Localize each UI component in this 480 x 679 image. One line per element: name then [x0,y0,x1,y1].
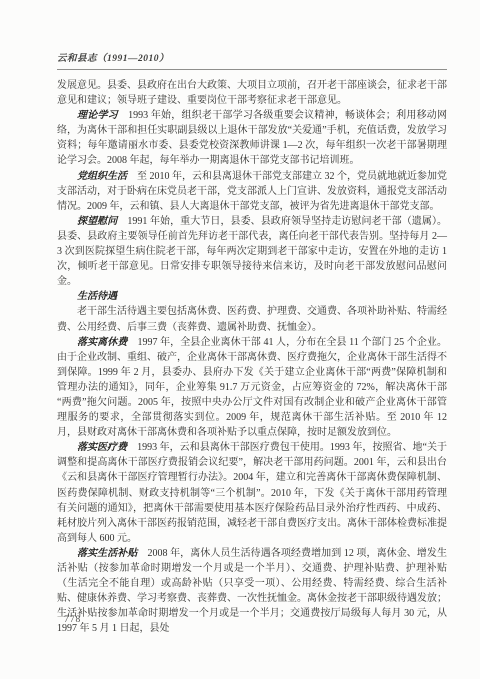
paragraph-lead-in: 理论学习 [77,110,118,121]
page-body-text: 发展意见。县委、县政府在出台大政策、大项目立项前，召开老干部座谈会，征求老干部意… [57,78,447,636]
heading-living-treatment: 生活待遇 [57,289,447,304]
paragraph-lead-in: 落实医疗费 [77,442,127,453]
para-implement-retirement-pay: 落实离休费 1997 年，全县企业离休干部 41 人，分布在全县 11 个部门 … [57,335,447,441]
paragraph-lead-in: 落实离休费 [77,337,127,348]
paragraph-lead-in: 探望慰问 [77,216,117,227]
page-number: 778 [64,615,81,625]
scanned-gazette-page: 云和县志（1991—2010） 发展意见。县委、县政府在出台大政策、大项目立项前… [0,0,480,679]
para-implement-living-subsidy: 落实生活补贴 2008 年，离休人员生活待遇各项经费增加到 12 项，离休金、增… [57,546,447,637]
para-continuation-opinions: 发展意见。县委、县政府在出台大政策、大项目立项前，召开老干部座谈会，征求老干部意… [57,78,447,108]
para-visiting-condolence: 探望慰问 1991 年始，重大节日，县委、县政府领导坚持走访慰问老干部（遗属）。… [57,214,447,289]
paragraph-lead-in: 生活待遇 [77,291,117,302]
paragraph-text: 1997 年，全县企业离休干部 41 人，分布在全县 11 个部门 25 个企业… [57,337,447,439]
para-party-organization-life: 党组织生活 至 2010 年，云和县离退休干部党支部建立 32 个，党员就地就近… [57,169,447,214]
para-theory-study: 理论学习 1993 年始，组织老干部学习各级重要会议精神，畅谈体会；利用移动网络… [57,108,447,168]
paragraph-lead-in: 落实生活补贴 [77,548,137,559]
book-title: 云和县志（1991—2010） [57,54,169,64]
paragraph-text: 老干部生活待遇主要包括离休费、医药费、护理费、交通费、各项补助补贴、特需经费、公… [57,306,447,332]
paragraph-text: 1993 年，云和县离休干部医疗费包干使用。1993 年，按照省、地“关于调整和… [57,442,447,544]
paragraph-lead-in: 党组织生活 [77,171,127,182]
para-implement-medical-fees: 落实医疗费 1993 年，云和县离休干部医疗费包干使用。1993 年，按照省、地… [57,440,447,546]
paragraph-text: 2008 年，离休人员生活待遇各项经费增加到 12 项，离休金、增发生活补贴（按… [57,548,447,634]
paragraph-text: 发展意见。县委、县政府在出台大政策、大项目立项前，召开老干部座谈会，征求老干部意… [57,80,447,106]
running-header: 云和县志（1991—2010） [57,50,447,70]
para-living-treatment-overview: 老干部生活待遇主要包括离休费、医药费、护理费、交通费、各项补助补贴、特需经费、公… [57,304,447,334]
